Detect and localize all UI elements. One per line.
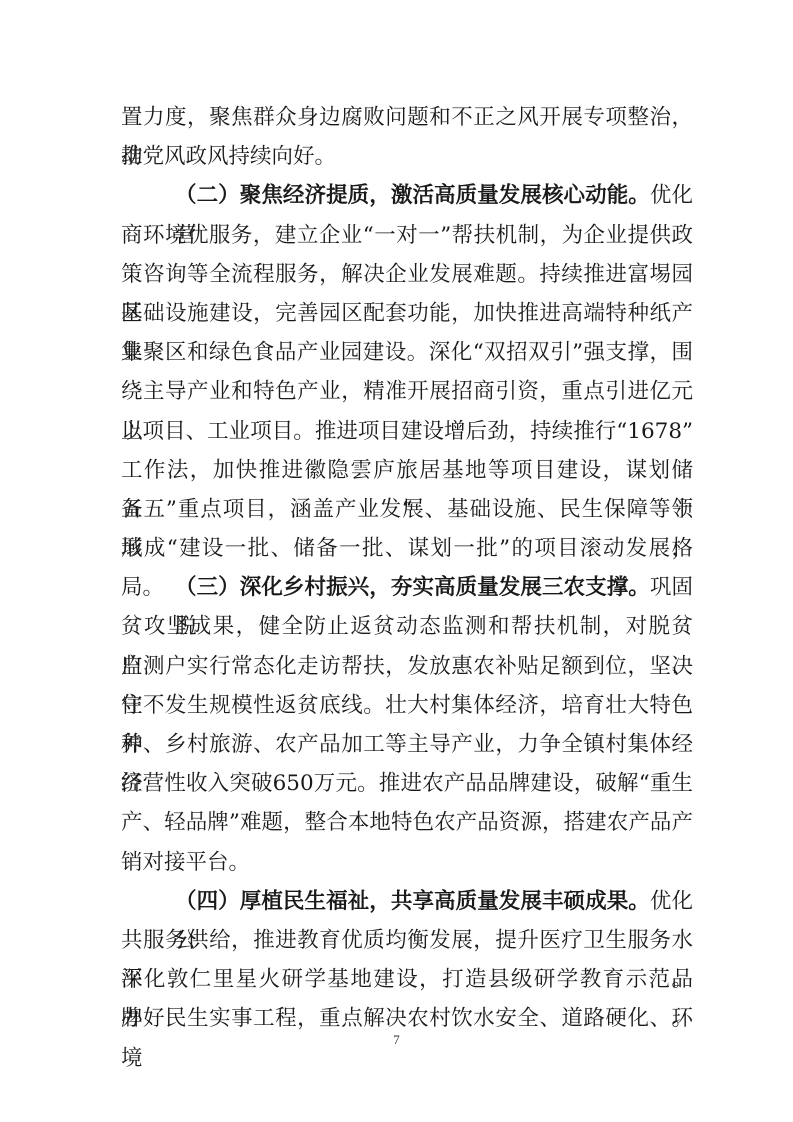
line-text: 商环境优服务，建立企业“一对一”帮扶机制，为企业提供政 (121, 223, 693, 248)
section-heading-line-3: （三）深化乡村振兴，夯实高质量发展三农支撑。巩固脱 (121, 568, 693, 607)
paragraph-line: 产、轻品牌”难题，整合本地特色农产品资源，搭建农产品产 (121, 803, 693, 842)
line-text: 上项目、工业项目。推进项目建设增后劲，持续推行“1678” (121, 419, 693, 444)
paragraph-line: 共服务供给，推进教育优质均衡发展，提升医疗卫生服务水平。 (121, 921, 693, 960)
section-heading-line-2: （二）聚焦经济提质，激活高质量发展核心动能。优化营 (121, 176, 693, 215)
paragraph-line: 绕主导产业和特色产业，精准开展招商引资，重点引进亿元以 (121, 372, 693, 411)
paragraph-line: 深化敦仁里星火研学基地建设，打造县级研学教育示范品牌。 (121, 960, 693, 999)
section-heading: （四）厚植民生福祉，共享高质量发展丰硕成果。 (175, 889, 650, 914)
paragraph-line: 销对接平台。 (121, 843, 693, 882)
paragraph-line: 养、乡村旅游、农产品加工等主导产业，力争全镇村集体经济 (121, 725, 693, 764)
paragraph-line: 形成“建设一批、储备一批、谋划一批”的项目滚动发展格局。 (121, 529, 693, 568)
document-page: 置力度，聚焦群众身边腐败问题和不正之风开展专项整治，推 动党风政风持续向好。 （… (121, 98, 693, 1039)
paragraph-line: 监测户实行常态化走访帮扶，发放惠农补贴足额到位，坚决守 (121, 647, 693, 686)
section-heading: （二）聚焦经济提质，激活高质量发展核心动能。 (175, 183, 650, 208)
paragraph-line: 基础设施建设，完善园区配套功能，加快推进高端特种纸产业 (121, 294, 693, 333)
paragraph-line: 动党风政风持续向好。 (121, 137, 693, 176)
paragraph-line: 五五”重点项目，涵盖产业发展、基础设施、民生保障等领域， (121, 490, 693, 529)
paragraph-line: 住不发生规模性返贫底线。壮大村集体经济，培育壮大特色种 (121, 686, 693, 725)
page-number: 7 (0, 1032, 793, 1048)
paragraph-line: 集聚区和绿色食品产业园建设。深化“双招双引”强支撑，围 (121, 333, 693, 372)
section-heading-line-4: （四）厚植民生福祉，共享高质量发展丰硕成果。优化公 (121, 882, 693, 921)
paragraph-line: 商环境优服务，建立企业“一对一”帮扶机制，为企业提供政 (121, 216, 693, 255)
paragraph-line: 工作法，加快推进徽隐雲庐旅居基地等项目建设，谋划储备“十 (121, 451, 693, 490)
line-text: 经营性收入突破650万元。推进农产品品牌建设，破解“重生 (121, 771, 693, 796)
paragraph-line: 经营性收入突破650万元。推进农产品品牌建设，破解“重生 (121, 764, 693, 803)
section-heading: （三）深化乡村振兴，夯实高质量发展三农支撑。 (175, 575, 650, 600)
paragraph-line: 贫攻坚成果，健全防止返贫动态监测和帮扶机制，对脱贫户、 (121, 607, 693, 646)
line-text: 销对接平台。 (121, 850, 250, 875)
paragraph-line: 置力度，聚焦群众身边腐败问题和不正之风开展专项整治，推 (121, 98, 693, 137)
paragraph-line: 上项目、工业项目。推进项目建设增后劲，持续推行“1678” (121, 412, 693, 451)
line-text: 集聚区和绿色食品产业园建设。深化“双招双引”强支撑，围 (121, 340, 693, 365)
paragraph-line: 策咨询等全流程服务，解决企业发展难题。持续推进富埸园区 (121, 255, 693, 294)
line-text: 动党风政风持续向好。 (121, 144, 336, 169)
line-text: 产、轻品牌”难题，整合本地特色农产品资源，搭建农产品产 (121, 810, 693, 835)
